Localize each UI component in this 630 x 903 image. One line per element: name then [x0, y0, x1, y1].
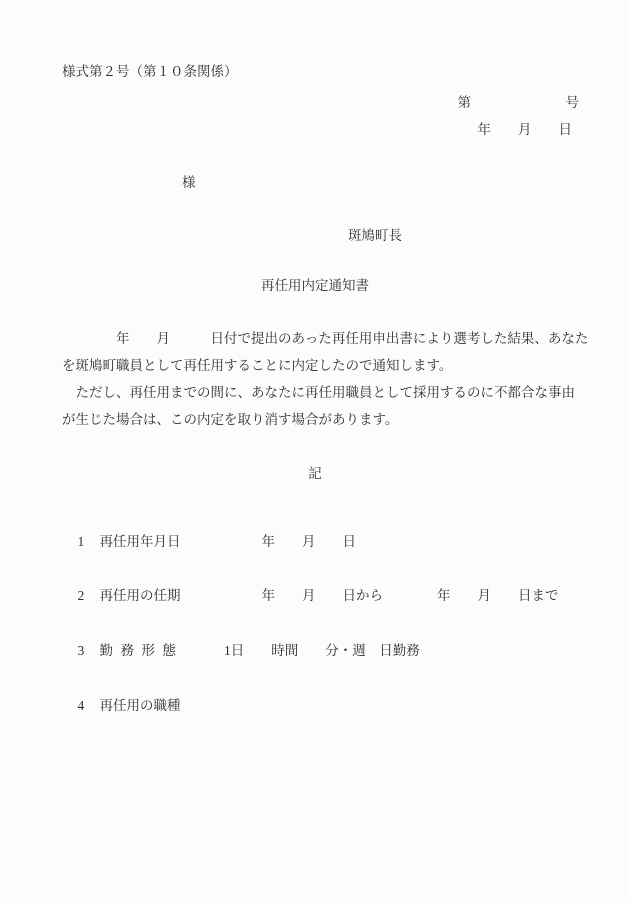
document-title: 再任用内定通知書 — [0, 278, 630, 294]
document-number-blank: 第 号 — [458, 95, 580, 111]
item-label: 再任用の任期 — [100, 588, 181, 603]
item-number: 4 — [78, 698, 100, 714]
item-value-blank: 1日 時間 分・週 日勤務 — [184, 643, 420, 658]
item-number: 1 — [78, 534, 100, 550]
recipient-honorific: 様 — [182, 175, 196, 191]
issue-date-blank: 年 月 日 — [478, 122, 573, 138]
list-marker: 記 — [0, 466, 630, 482]
document-page: 様式第２号（第１０条関係） 第 号 年 月 日 様 斑鳩町長 再任用内定通知書 … — [0, 0, 630, 903]
item-label: 再任用年月日 — [100, 534, 181, 549]
body-line-2: を斑鳩町職員として再任用することに内定したので通知します。 — [62, 358, 452, 374]
form-number: 様式第２号（第１０条関係） — [62, 64, 238, 80]
item-value-blank: 年 月 日から 年 月 日まで — [181, 588, 559, 603]
item-value-blank: 年 月 日 — [181, 534, 357, 549]
body-line-3: ただし、再任用までの間に、あなたに再任用職員として採用するのに不都合な事由 — [62, 385, 575, 401]
item-label: 勤務形態 — [100, 643, 184, 658]
item-number: 3 — [78, 643, 100, 659]
sender-title: 斑鳩町長 — [348, 228, 402, 244]
item-row-reappointment-term: 2再任用の任期 年 月 日から 年 月 日まで — [64, 572, 559, 621]
item-row-job-type: 4再任用の職種 — [64, 682, 181, 731]
item-label: 再任用の職種 — [100, 698, 181, 713]
body-line-1: 年 月 日付で提出のあった再任用申出書により選考した結果、あなた — [62, 331, 588, 347]
item-row-work-style: 3勤務形態 1日 時間 分・週 日勤務 — [64, 627, 420, 676]
item-row-reappointment-date: 1再任用年月日 年 月 日 — [64, 518, 356, 567]
body-line-4: が生じた場合は、この内定を取り消す場合があります。 — [62, 412, 398, 428]
item-number: 2 — [78, 588, 100, 604]
